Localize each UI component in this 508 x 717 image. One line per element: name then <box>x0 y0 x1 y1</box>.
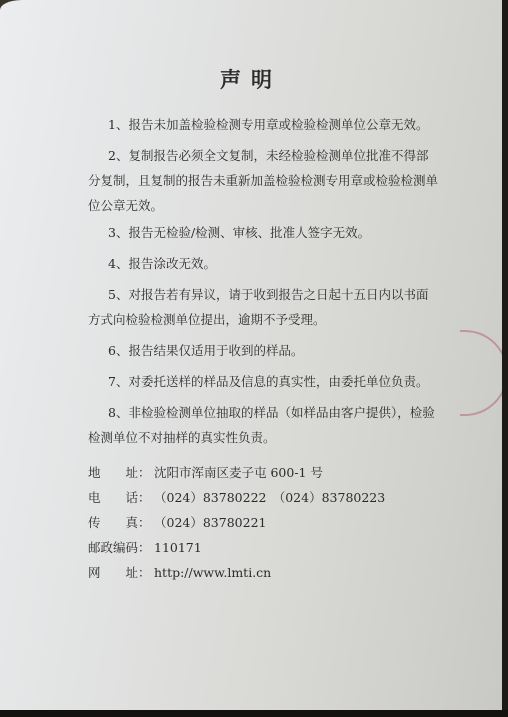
address-value: 沈阳市浑南区麦子屯 600-1 号 <box>154 465 323 480</box>
website-label: 网 址： <box>88 560 154 585</box>
clause-5: 5、对报告若有异议，请于收到报告之日起十五日内以书面方式向检验检测单位提出，逾期… <box>88 282 440 332</box>
postcode-row: 邮政编码：110171 <box>88 535 385 560</box>
clause-3: 3、报告无检验/检测、审核、批准人签字无效。 <box>88 220 440 245</box>
website-row: 网 址：http://www.lmti.cn <box>88 560 385 585</box>
website-value: http://www.lmti.cn <box>154 565 271 580</box>
fax-label: 传 真： <box>88 510 154 535</box>
clause-7: 7、对委托送样的样品及信息的真实性，由委托单位负责。 <box>88 369 440 394</box>
postcode-label: 邮政编码： <box>88 535 154 560</box>
address-label: 地 址： <box>88 460 154 485</box>
clause-8: 8、非检验检测单位抽取的样品（如样品由客户提供），检验检测单位不对抽样的真实性负… <box>88 400 440 450</box>
fax-value: （024）83780221 <box>154 515 266 530</box>
clause-1: 1、报告未加盖检验检测专用章或检验检测单位公章无效。 <box>88 112 440 137</box>
background-edge-right <box>502 0 508 717</box>
postcode-value: 110171 <box>154 540 202 555</box>
clause-4: 4、报告涂改无效。 <box>88 251 440 276</box>
document-page: 声明 1、报告未加盖检验检测专用章或检验检测单位公章无效。 2、复制报告必须全文… <box>0 0 502 710</box>
phone-label: 电 话： <box>88 485 154 510</box>
contact-block: 地 址：沈阳市浑南区麦子屯 600-1 号 电 话：（024）83780222 … <box>88 460 385 585</box>
clause-6: 6、报告结果仅适用于收到的样品。 <box>88 338 440 363</box>
seal-stamp-icon <box>460 330 508 416</box>
clause-2: 2、复制报告必须全文复制，未经检验检测单位批准不得部分复制，且复制的报告未重新加… <box>88 143 440 218</box>
fax-row: 传 真：（024）83780221 <box>88 510 385 535</box>
background-edge-bottom <box>0 710 508 717</box>
address-row: 地 址：沈阳市浑南区麦子屯 600-1 号 <box>88 460 385 485</box>
phone-row: 电 话：（024）83780222 （024）83780223 <box>88 485 385 510</box>
page-title: 声明 <box>0 64 502 94</box>
phone-value: （024）83780222 （024）83780223 <box>154 490 385 505</box>
